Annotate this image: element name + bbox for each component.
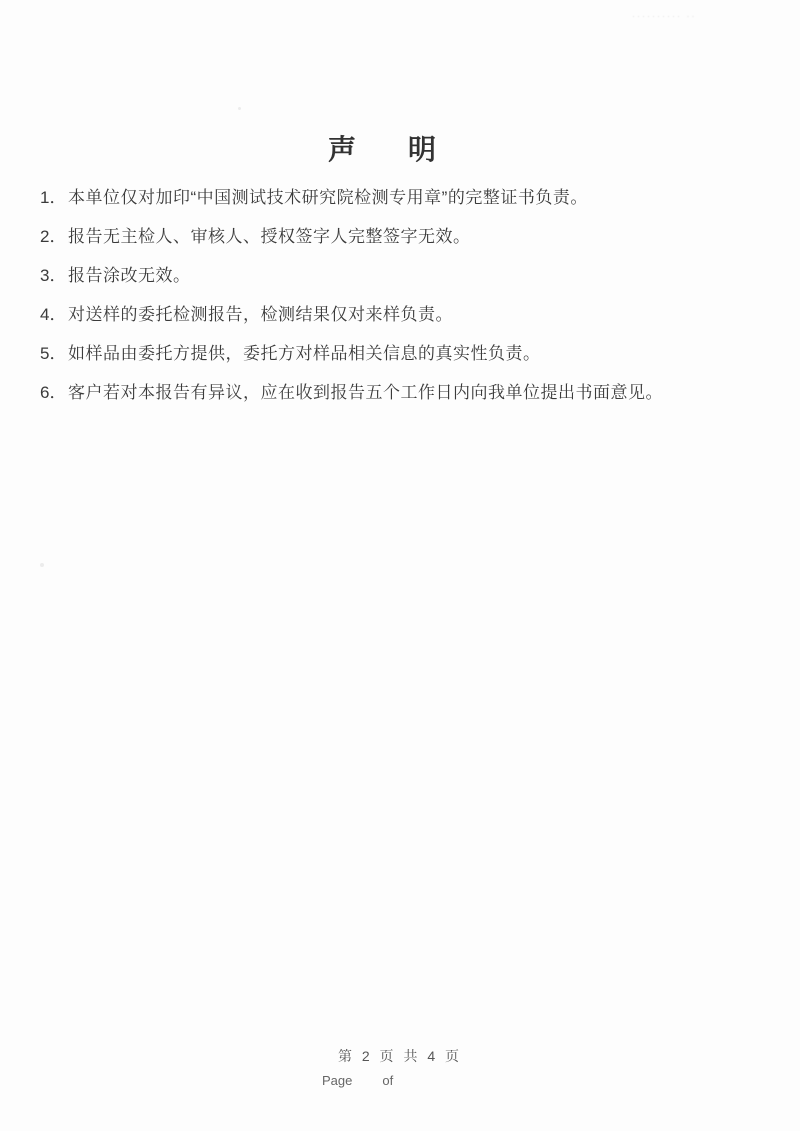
page-number-cn: 第 2 页 共 4 页 bbox=[0, 1046, 800, 1066]
page-label: Page bbox=[322, 1073, 352, 1088]
statement-number: 2． bbox=[40, 225, 68, 248]
page-number-en: Pageof bbox=[322, 1073, 393, 1088]
statement-number: 3． bbox=[40, 264, 68, 287]
statement-item: 6． 客户若对本报告有异议，应在收到报告五个工作日内向我单位提出书面意见。 bbox=[40, 381, 772, 404]
statement-item: 2． 报告无主检人、审核人、授权签字人完整签字无效。 bbox=[40, 225, 772, 248]
statement-text: 客户若对本报告有异议，应在收到报告五个工作日内向我单位提出书面意见。 bbox=[68, 381, 772, 404]
statement-number: 4． bbox=[40, 303, 68, 326]
statement-list: 1． 本单位仅对加印“中国测试技术研究院检测专用章”的完整证书负责。 2． 报告… bbox=[40, 186, 772, 420]
statement-text: 对送样的委托检测报告，检测结果仅对来样负责。 bbox=[68, 303, 772, 326]
statement-item: 5． 如样品由委托方提供，委托方对样品相关信息的真实性负责。 bbox=[40, 342, 772, 365]
page-title: 声 明 bbox=[0, 128, 800, 168]
statement-text: 如样品由委托方提供，委托方对样品相关信息的真实性负责。 bbox=[68, 342, 772, 365]
statement-item: 4． 对送样的委托检测报告，检测结果仅对来样负责。 bbox=[40, 303, 772, 326]
statement-item: 3． 报告涂改无效。 bbox=[40, 264, 772, 287]
statement-text: 报告无主检人、审核人、授权签字人完整签字无效。 bbox=[68, 225, 772, 248]
statement-item: 1． 本单位仅对加印“中国测试技术研究院检测专用章”的完整证书负责。 bbox=[40, 186, 772, 209]
statement-number: 6． bbox=[40, 381, 68, 404]
document-page: ·········· ·· 声 明 1． 本单位仅对加印“中国测试技术研究院检测… bbox=[0, 0, 800, 1131]
scan-artifact: ·········· ·· bbox=[632, 11, 742, 21]
statement-number: 1． bbox=[40, 186, 68, 209]
scan-speck bbox=[238, 107, 241, 110]
of-label: of bbox=[382, 1073, 393, 1088]
scan-speck bbox=[40, 563, 44, 567]
statement-number: 5． bbox=[40, 342, 68, 365]
statement-text: 报告涂改无效。 bbox=[68, 264, 772, 287]
statement-text: 本单位仅对加印“中国测试技术研究院检测专用章”的完整证书负责。 bbox=[68, 186, 772, 209]
